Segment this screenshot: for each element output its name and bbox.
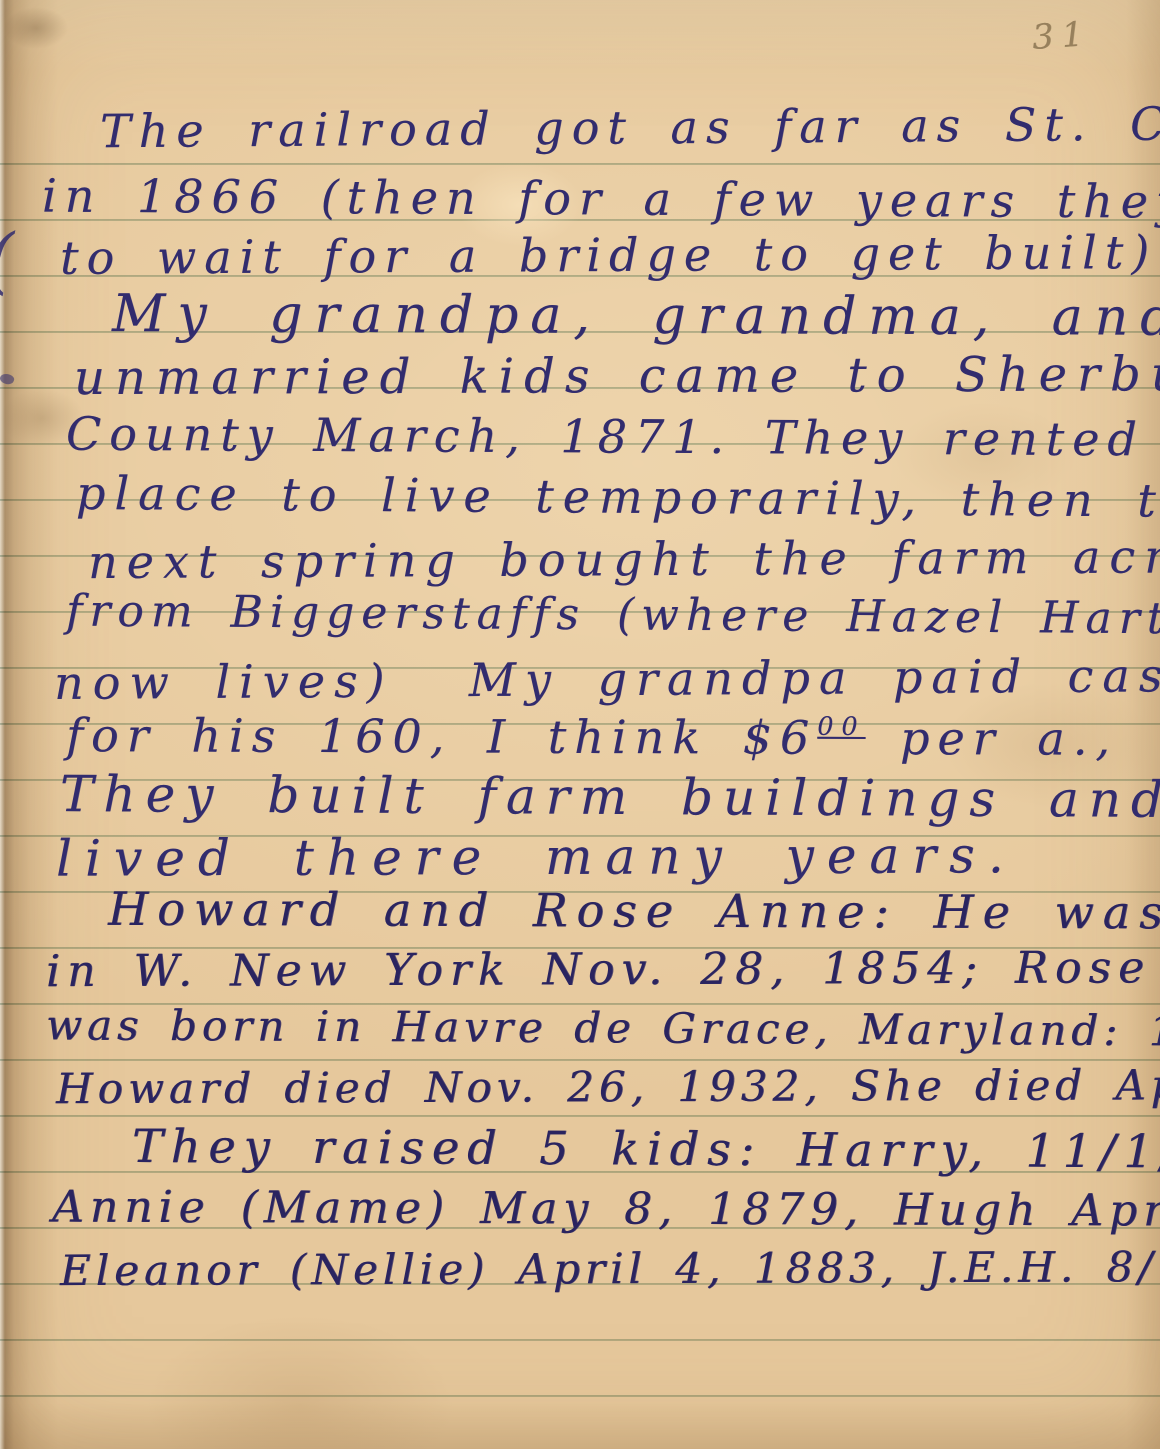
handwriting-line: in W. New York Nov. 28, 1854; Rose Anne [46,946,1160,994]
handwriting-line: Howard and Rose Anne: He was born [108,886,1160,936]
handwriting-line: to wait for a bridge to get built) [60,229,1157,281]
handwriting-line: The railroad got as far as St. Cloud [100,100,1160,154]
handwriting-line: was born in Havre de Grace, Maryland: 1/… [46,1004,1160,1053]
handwriting-line: County March, 1871. They rented some [66,411,1160,464]
handwriting-line: in 1866 (then for a few years they had [42,173,1160,226]
handwriting-line: Howard died Nov. 26, 1932, She died Apri… [56,1064,1160,1111]
handwriting-line: for his 160, I think $600 per a., [66,712,1118,762]
handwriting-line: Eleanor (Nellie) April 4, 1883, J.E.H. 8… [60,1246,1160,1292]
handwriting-line: lived there many years. [56,830,1017,883]
stray-ink-mark: ( [0,218,14,302]
handwriting-line: My grandpa, grandma, and [112,288,1160,344]
handwriting-line: place to live temporarily, then the [76,470,1160,524]
handwriting-line: unmarried kids came to Sherburne [74,350,1160,402]
handwriting-line: They raised 5 kids: Harry, 11/1/77, [132,1123,1160,1175]
handwriting-line: next spring bought the farm across [88,533,1160,585]
handwriting-line: now lives) My grandpa paid cash [54,652,1160,706]
notebook-page: 31 ( The railroad got as far as St. Clou… [0,0,1160,1449]
handwriting-line: from Biggerstaffs (where Hazel Hartmann [66,590,1160,643]
page-number: 31 [1031,14,1093,58]
handwriting-line: They built farm buildings and [60,769,1160,825]
handwriting-line: Annie (Mame) May 8, 1879, Hugh April 14,… [52,1186,1160,1235]
